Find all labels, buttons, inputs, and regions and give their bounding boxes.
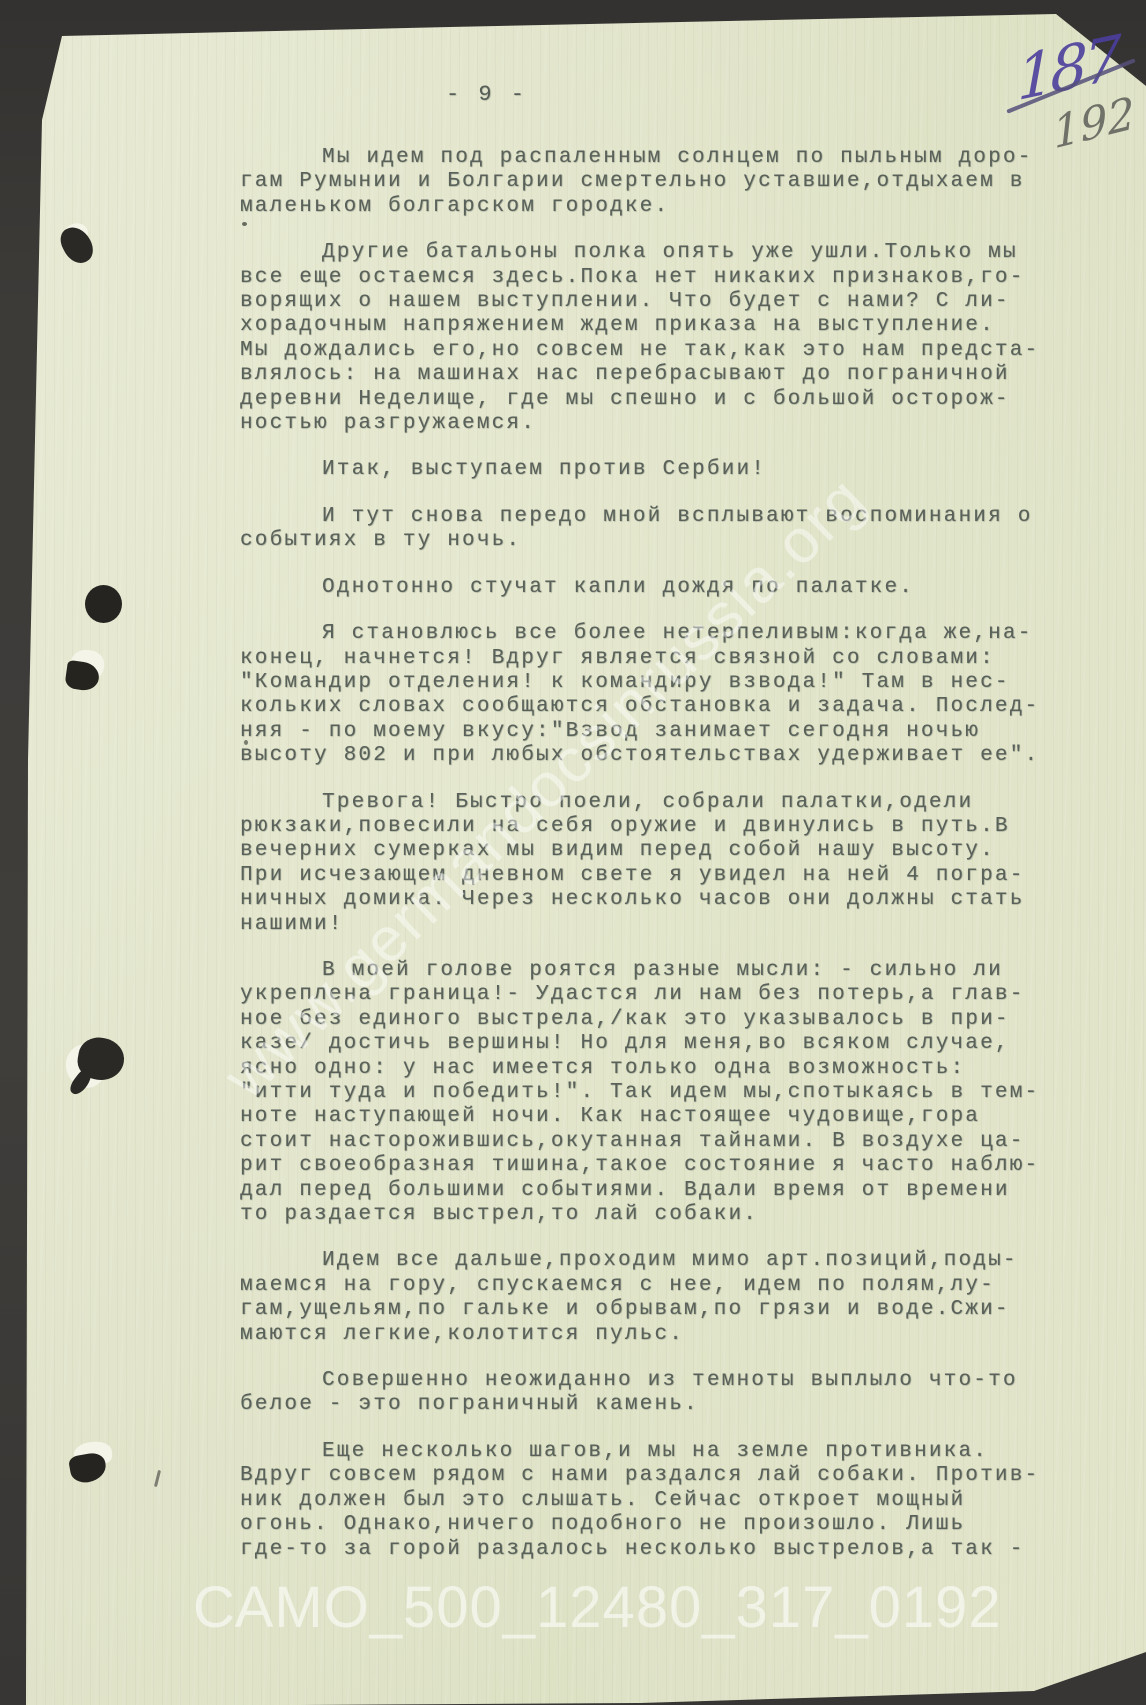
typed-text: Мы идем под распаленным солнцем по пыльн… [240,146,1052,1584]
paragraph: Однотонно стучат капли дождя по палатке. [240,576,1052,600]
hole-void [85,585,122,623]
paragraph: Совершенно неожиданно из темноты выплыло… [240,1369,1052,1418]
hole-void [56,222,99,269]
archive-id-watermark: САМО_500_12480_317_0192 [193,1574,1002,1641]
torn-hole [70,1452,110,1488]
punch-hole [85,585,123,624]
hole-void [68,1451,108,1485]
paragraph: Еще несколько шагов,и мы на земле против… [240,1440,1052,1562]
torn-hole [66,658,104,694]
paragraph: Мы идем под распаленным солнцем по пыльн… [240,146,1052,219]
scanned-document: { "scan": { "page_number": "- 9 -", "han… [0,0,1146,1705]
paragraph: Итак, выступаем против Сербии! [240,458,1052,482]
torn-hole [60,216,96,268]
page-number: - 9 - [446,82,527,107]
paragraph: Другие батальоны полка опять уже ушли.То… [240,241,1052,436]
torn-hole [72,1038,128,1090]
paragraph: Идем все дальше,проходим мимо арт.позици… [240,1249,1052,1347]
paragraph: И тут снова передо мной всплывают воспом… [240,505,1052,554]
